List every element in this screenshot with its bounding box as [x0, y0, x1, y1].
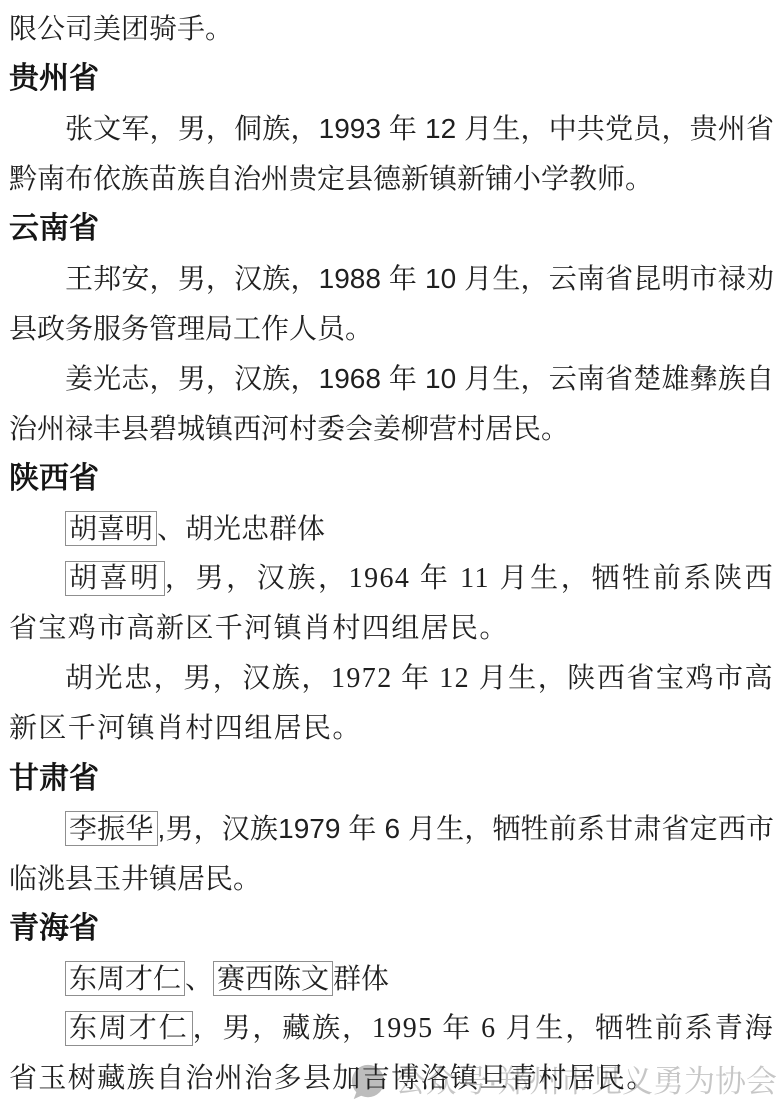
document-body: 限公司美团骑手。 贵州省 张文军，男，侗族，1993 年 12 月生，中共党员，…	[0, 0, 783, 1104]
paragraph-text: 、胡光忠群体	[157, 513, 325, 544]
paragraph-text: 群体	[333, 963, 389, 994]
section-heading-gansu: 甘肃省	[9, 754, 774, 804]
person-name: 赛西陈文	[213, 961, 333, 996]
section-heading-guizhou: 贵州省	[9, 54, 774, 104]
person-paragraph: 胡光忠，男，汉族，1972 年 12 月生，陕西省宝鸡市高新区千河镇肖村四组居民…	[9, 654, 774, 754]
person-name: 李振华	[65, 811, 158, 846]
person-paragraph: 姜光志，男，汉族，1968 年 10 月生，云南省楚雄彝族自治州禄丰县碧城镇西河…	[9, 354, 774, 454]
section-heading-qinghai: 青海省	[9, 904, 774, 954]
person-name: 东周才仁	[65, 1011, 193, 1046]
paragraph-text: 张文军，男，侗族，1993 年 12 月生，中共党员，贵州省黔南布依族苗族自治州…	[9, 113, 774, 194]
group-line: 胡喜明、胡光忠群体	[9, 504, 774, 554]
group-line: 东周才仁、赛西陈文群体	[9, 954, 774, 1004]
paragraph-text: 胡光忠，男，汉族，1972 年 12 月生，陕西省宝鸡市高新区千河镇肖村四组居民…	[9, 663, 774, 744]
person-paragraph: 张文军，男，侗族，1993 年 12 月生，中共党员，贵州省黔南布依族苗族自治州…	[9, 104, 774, 204]
paragraph-text: 王邦安，男，汉族，1988 年 10 月生，云南省昆明市禄劝县政务服务管理局工作…	[9, 263, 774, 344]
person-paragraph: 胡喜明，男，汉族，1964 年 11 月生，牺牲前系陕西省宝鸡市高新区千河镇肖村…	[9, 554, 774, 654]
paragraph-text: 姜光志，男，汉族，1968 年 10 月生，云南省楚雄彝族自治州禄丰县碧城镇西河…	[9, 363, 774, 444]
person-paragraph: 李振华,男，汉族1979 年 6 月生，牺牲前系甘肃省定西市临洮县玉井镇居民。	[9, 804, 774, 904]
person-name: 胡喜明	[65, 511, 157, 546]
paragraph-continuation: 限公司美团骑手。	[9, 4, 774, 54]
section-heading-shaanxi: 陕西省	[9, 454, 774, 504]
person-paragraph: 东周才仁，男，藏族，1995 年 6 月生，牺牲前系青海省玉树藏族自治州治多县加…	[9, 1004, 774, 1104]
paragraph-text: 限公司美团骑手。	[9, 13, 233, 44]
person-paragraph: 王邦安，男，汉族，1988 年 10 月生，云南省昆明市禄劝县政务服务管理局工作…	[9, 254, 774, 354]
paragraph-text: 、	[185, 963, 213, 994]
person-name: 东周才仁	[65, 961, 185, 996]
person-name: 胡喜明	[65, 561, 165, 596]
section-heading-yunnan: 云南省	[9, 204, 774, 254]
